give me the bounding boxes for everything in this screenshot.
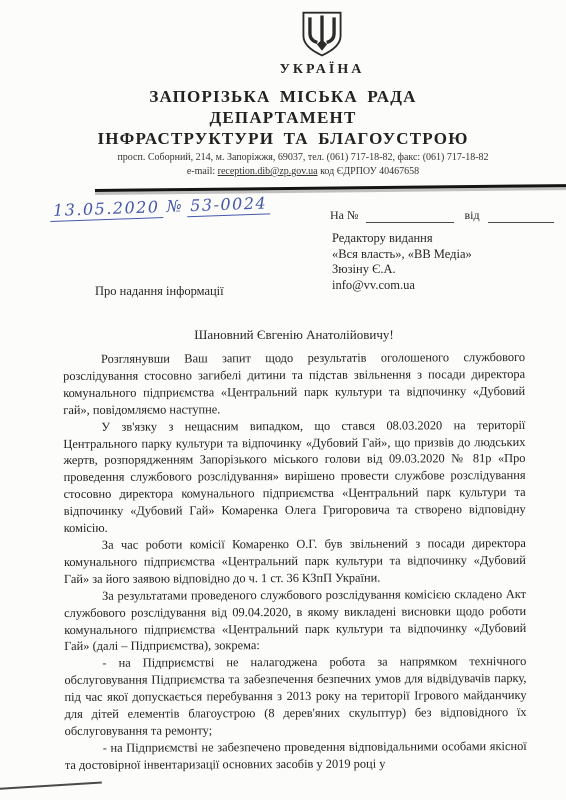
number-sign: № <box>162 196 187 216</box>
paragraph: У зв'язку з нещасним випадком, що стався… <box>63 417 526 537</box>
subject-line: Про надання інформації <box>95 284 224 299</box>
recipient-line: Зюзіну Є.А. <box>332 262 472 278</box>
org-contacts: просп. Соборний, 214, м. Запоріжжя, 6903… <box>40 151 566 179</box>
letter-body: Розглянувши Ваш запит щодо результатів о… <box>63 349 527 774</box>
paragraph: За час роботи комісії Комаренко О.Г. був… <box>64 535 526 588</box>
org-name-line3: ІНФРАСТРУКТУРИ ТА БЛАГОУСТРОЮ <box>0 128 566 149</box>
recipient-line: info@vv.com.ua <box>332 278 472 294</box>
incoming-from-label: від <box>464 208 479 222</box>
handwritten-date: 13.05.2020 <box>50 197 163 222</box>
incoming-number-blank <box>366 210 454 223</box>
incoming-ref-line: На №від <box>330 208 566 223</box>
footer-separator-line <box>0 782 102 790</box>
org-name: ЗАПОРІЗЬКА МІСЬКА РАДА ДЕПАРТАМЕНТ ІНФРА… <box>0 86 566 149</box>
org-name-line2: ДЕПАРТАМЕНТ <box>0 107 566 128</box>
country-name: УКРАЇНА <box>244 62 400 78</box>
paragraph: - на Підприємстві не забезпечено проведе… <box>65 738 527 774</box>
incoming-ref-label: На № <box>330 208 358 222</box>
recipient-line: Редактору видання <box>332 231 472 247</box>
org-email: reception.dib@zp.gov.ua <box>218 166 318 177</box>
outgoing-ref-handwritten: 13.05.2020№53-0024 <box>50 193 271 220</box>
org-address: просп. Соборний, 214, м. Запоріжжя, 6903… <box>40 151 566 165</box>
ukraine-trident-icon <box>296 10 348 60</box>
recipient-line: «Вся власть», «ВВ Медіа» <box>332 247 472 263</box>
letterhead-divider-line <box>95 184 566 192</box>
coat-of-arms <box>284 10 360 60</box>
incoming-date-blank <box>488 210 554 223</box>
org-name-line1: ЗАПОРІЗЬКА МІСЬКА РАДА <box>0 86 566 107</box>
paragraph: За результатами проведеного службового р… <box>64 586 526 656</box>
org-email-line: e-mail: reception.dib@zp.gov.ua код ЄДРП… <box>40 165 566 179</box>
handwritten-number: 53-0024 <box>187 193 271 217</box>
edrpou-code: код ЄДРПОУ 40467658 <box>318 166 420 177</box>
salutation: Шановний Євгенію Анатолійовичу! <box>63 327 525 343</box>
email-prefix: e-mail: <box>187 166 218 177</box>
recipient-block: Редактору видання«Вся власть», «ВВ Медіа… <box>332 231 472 293</box>
paragraph: - на Підприємстві не налагоджена робота … <box>64 653 526 740</box>
scanned-letter-page: УКРАЇНА ЗАПОРІЗЬКА МІСЬКА РАДА ДЕПАРТАМЕ… <box>0 0 566 800</box>
paragraph: Розглянувши Ваш запит щодо результатів о… <box>63 349 525 419</box>
